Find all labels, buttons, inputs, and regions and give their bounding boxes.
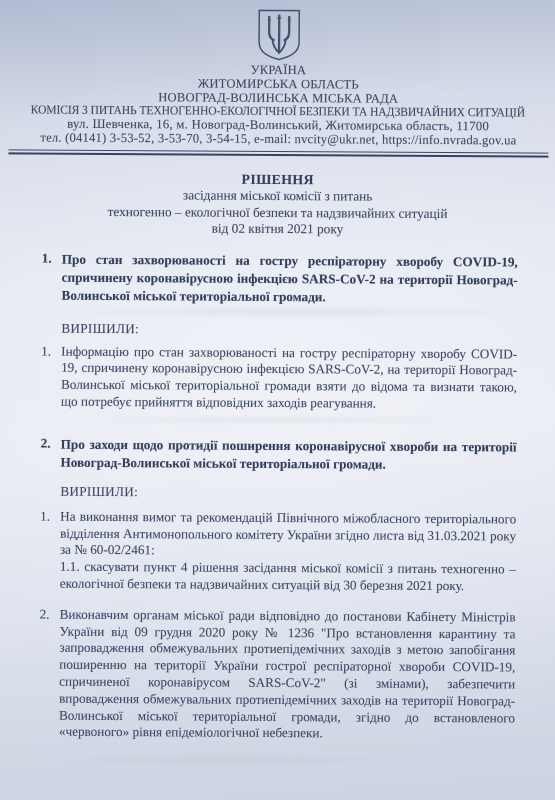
ukraine-trident-icon (255, 9, 301, 61)
section-1-heading-text: Про стан захворюваності на гостру респір… (61, 250, 517, 307)
resolved-label-2: ВИРІШИЛИ: (60, 483, 516, 502)
section-2-heading-text: Про заходи щодо протидії поширення корон… (60, 435, 516, 474)
decision-body: 1. Про стан захворюваності на гостру рес… (39, 250, 518, 743)
resolution-item-2-1-subitem: 1.1. скасувати пункт 4 рішення засідання… (60, 559, 516, 595)
contacts-separator: , (375, 133, 382, 147)
section-1-number: 1. (41, 250, 61, 304)
phone-numbers: тел. (04141) 3-53-52, 3-53-70, 3-54-15, … (40, 131, 294, 147)
paper-sheet: УКРАЇНА ЖИТОМИРСЬКА ОБЛАСТЬ НОВОГРАД-ВОЛ… (0, 0, 555, 744)
section-2-heading: 2. Про заходи щодо протидії поширення ко… (40, 435, 516, 474)
resolution-item-2-2: 2. Виконавчим органам міської ради відпо… (39, 606, 516, 743)
header-contacts-text: тел. (04141) 3-53-52, 3-53-70, 3-54-15, … (40, 132, 516, 149)
resolution-item-2-1-body: На виконання вимог та рекомендацій Півні… (60, 508, 517, 595)
resolution-item-1-1: 1. Інформацію про стан захворюваності на… (41, 343, 517, 413)
resolution-item-2-1: 1. На виконання вимог та рекомендацій Пі… (40, 508, 517, 595)
decision-title-block: РІШЕННЯ засідання міської комісії з пита… (0, 170, 555, 240)
resolution-item-2-1-number: 1. (40, 508, 61, 592)
letterhead: УКРАЇНА ЖИТОМИРСЬКА ОБЛАСТЬ НОВОГРАД-ВОЛ… (0, 7, 555, 158)
resolution-item-1-1-text: Інформацію про стан захворюваності на го… (61, 343, 517, 413)
resolved-label-1: ВИРІШИЛИ: (61, 320, 517, 339)
resolution-item-2-1-text: На виконання вимог та рекомендацій Півні… (60, 508, 516, 557)
header-contacts: тел. (04141) 3-53-52, 3-53-70, 3-54-15, … (0, 131, 555, 148)
decision-subtitle-3: від 02 квітня 2021 року (0, 219, 555, 239)
section-1-heading: 1. Про стан захворюваності на гостру рес… (41, 250, 517, 307)
letterhead-divider (8, 149, 548, 158)
document-page: УКРАЇНА ЖИТОМИРСЬКА ОБЛАСТЬ НОВОГРАД-ВОЛ… (0, 0, 555, 800)
resolution-item-1-1-number: 1. (41, 343, 61, 410)
email-address: nvcity@ukr.net (294, 132, 375, 146)
resolution-item-2-2-number: 2. (39, 606, 60, 740)
resolution-item-2-2-text: Виконавчим органам міської ради відповід… (59, 606, 516, 743)
section-2-number: 2. (40, 435, 60, 471)
website-url: https://info.nvrada.gov.ua (382, 133, 517, 148)
